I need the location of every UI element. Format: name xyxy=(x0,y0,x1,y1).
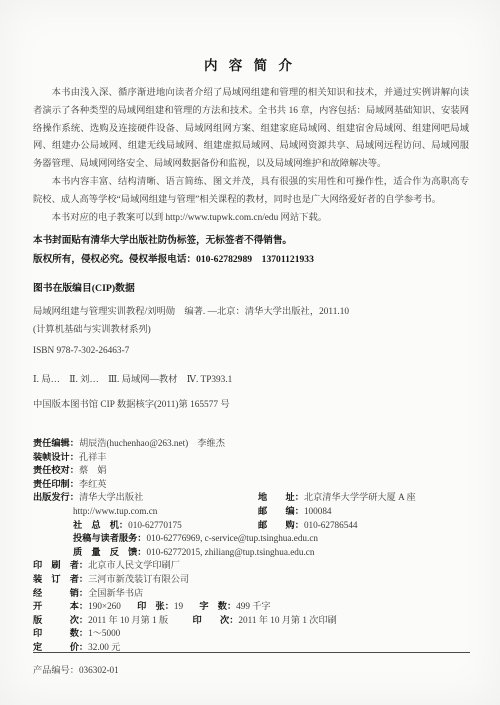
product-code-label: 产品编号： xyxy=(33,665,79,675)
colophon-value: 清华大学出版社 xyxy=(79,492,143,502)
colophon-value: 北京清华大学学研大厦 A 座 xyxy=(304,492,416,502)
cip-classification: Ⅰ. 局… Ⅱ. 刘… Ⅲ. 局域网—教材 Ⅳ. TP393.1 xyxy=(33,371,469,385)
colophon-row-editor: 责任编辑：胡辰浩(huchenhao@263.net) 李维杰 xyxy=(33,437,480,451)
product-code-value: 036302-01 xyxy=(79,665,119,675)
colophon-label: 投稿与读者服务： xyxy=(73,533,147,543)
colophon-value: 蔡 娟 xyxy=(79,465,107,475)
colophon-value: 010-62770175 xyxy=(128,520,182,530)
colophon-label: 印 张： xyxy=(137,601,174,611)
intro-paragraph-1: 本书由浅入深、循序渐进地向读者介绍了局域网组建和管理的相关知识和技术，并通过实例… xyxy=(33,85,469,174)
colophon-value: 010-62776969, c-service@tup.tsinghua.edu… xyxy=(147,533,319,543)
colophon-value: 孔祥丰 xyxy=(79,452,107,462)
colophon-label: 版 次： xyxy=(33,615,88,625)
colophon-label: 责任校对： xyxy=(33,465,79,475)
colophon-label: 印 刷 者： xyxy=(33,560,88,570)
cip-record-number: 中国版本图书馆 CIP 数据核字(2011)第 165577 号 xyxy=(33,396,469,410)
isbn-line: ISBN 978-7-302-26463-7 xyxy=(33,346,469,356)
colophon-row-printer: 印 刷 者：北京市人民文学印刷厂 xyxy=(33,559,480,573)
colophon-label: 印 数： xyxy=(33,628,88,638)
colophon-value: 李红英 xyxy=(79,479,107,489)
intro-paragraph-3: 本书对应的电子教案可以到 http://www.tupwk.com.cn/edu… xyxy=(33,210,469,228)
colophon-value: 010-62772015, zhiliang@tup.tsinghua.edu.… xyxy=(147,547,315,557)
book-copyright-page: 内 容 简 介 本书由浅入深、循序渐进地向读者介绍了局域网组建和管理的相关知识和… xyxy=(0,0,500,705)
colophon-value: 100084 xyxy=(304,506,332,516)
colophon-label: 经 销： xyxy=(33,588,88,598)
colophon-row-designer: 装帧设计：孔祥丰 xyxy=(33,451,480,465)
colophon-value: 胡辰浩(huchenhao@263.net) 李维杰 xyxy=(79,438,225,448)
colophon-row-print-run: 印 数：1～5000 xyxy=(33,627,480,641)
colophon-value: 010-62786544 xyxy=(304,520,358,530)
anti-piracy-line: 本书封面贴有清华大学出版社防伪标签，无标签者不得销售。 xyxy=(33,232,469,251)
colophon-label: 印 次： xyxy=(192,615,238,625)
colophon-label: 责任编辑： xyxy=(33,438,79,448)
colophon-value: 三河市新茂装订有限公司 xyxy=(88,574,189,584)
colophon-block: 责任编辑：胡辰浩(huchenhao@263.net) 李维杰 装帧设计：孔祥丰… xyxy=(33,437,480,655)
colophon-value: 499 千字 xyxy=(236,601,270,611)
colophon-label: 责任印制： xyxy=(33,479,79,489)
colophon-value: 2011 年 10 月第 1 版 xyxy=(88,615,168,625)
colophon-value: 全国新华书店 xyxy=(88,588,143,598)
colophon-label: 出版发行： xyxy=(33,492,79,502)
cip-heading: 图书在版编目(CIP)数据 xyxy=(33,280,469,294)
colophon-row-distributor: 经 销：全国新华书店 xyxy=(33,587,480,601)
content-intro-title: 内 容 简 介 xyxy=(0,54,500,74)
colophon-row-switchboard: 社 总 机：010-62770175 邮 购：010-62786544 xyxy=(33,519,480,533)
cip-entry: 局域网组建与管理实训教程/刘明勋 编著. —北京：清华大学出版社，2011.10 xyxy=(33,303,469,317)
colophon-label: 邮 购： xyxy=(258,520,304,530)
colophon-label: 开 本： xyxy=(33,601,88,611)
colophon-row-publisher: 出版发行：清华大学出版社 地 址：北京清华大学学研大厦 A 座 xyxy=(33,491,480,505)
colophon-row-format: 开 本：190×260 印 张：19 字 数：499 千字 xyxy=(33,600,480,614)
separator-rule xyxy=(33,652,470,653)
colophon-label: 邮 编： xyxy=(258,506,304,516)
colophon-row-binder: 装 订 者：三河市新茂装订有限公司 xyxy=(33,573,480,587)
colophon-value: 190×260 xyxy=(88,601,121,611)
colophon-value: 北京市人民文学印刷厂 xyxy=(88,560,180,570)
colophon-label: 字 数： xyxy=(199,601,236,611)
copyright-line: 版权所有，侵权必究。侵权举报电话：010-62782989 1370112193… xyxy=(33,251,469,270)
colophon-row-edition: 版 次：2011 年 10 月第 1 版 印 次：2011 年 10 月第 1 … xyxy=(33,614,480,628)
colophon-row-website: http://www.tup.com.cn 邮 编：100084 xyxy=(33,505,480,519)
colophon-label: 质 量 反 馈： xyxy=(73,547,147,557)
colophon-value: 2011 年 10 月第 1 次印刷 xyxy=(238,615,336,625)
colophon-value: 19 xyxy=(174,601,183,611)
colophon-row-print-supervisor: 责任印制：李红英 xyxy=(33,478,480,492)
colophon-row-quality-feedback: 质 量 反 馈：010-62772015, zhiliang@tup.tsing… xyxy=(33,546,480,560)
colophon-label: 地 址： xyxy=(258,492,304,502)
intro-paragraph-2: 本书内容丰富、结构清晰、语言简练、图文并茂，具有很强的实用性和可操作性，适合作为… xyxy=(33,174,469,210)
product-code: 产品编号：036302-01 xyxy=(33,662,119,676)
publisher-url: http://www.tup.com.cn xyxy=(73,506,157,516)
colophon-label: 社 总 机： xyxy=(73,520,128,530)
anti-piracy-notice: 本书封面贴有清华大学出版社防伪标签，无标签者不得销售。 版权所有，侵权必究。侵权… xyxy=(33,232,469,269)
content-intro-section: 本书由浅入深、循序渐进地向读者介绍了局域网组建和管理的相关知识和技术，并通过实例… xyxy=(33,85,469,227)
colophon-label: 装 订 者： xyxy=(33,574,88,584)
colophon-label: 定 价： xyxy=(33,642,88,652)
colophon-label: 装帧设计： xyxy=(33,452,79,462)
colophon-value: 1～5000 xyxy=(88,628,120,638)
colophon-value: 32.00 元 xyxy=(88,642,120,652)
colophon-row-proofreader: 责任校对：蔡 娟 xyxy=(33,464,480,478)
cip-series: (计算机基础与实训教材系列) xyxy=(33,321,469,335)
colophon-row-reader-service: 投稿与读者服务：010-62776969, c-service@tup.tsin… xyxy=(33,532,480,546)
